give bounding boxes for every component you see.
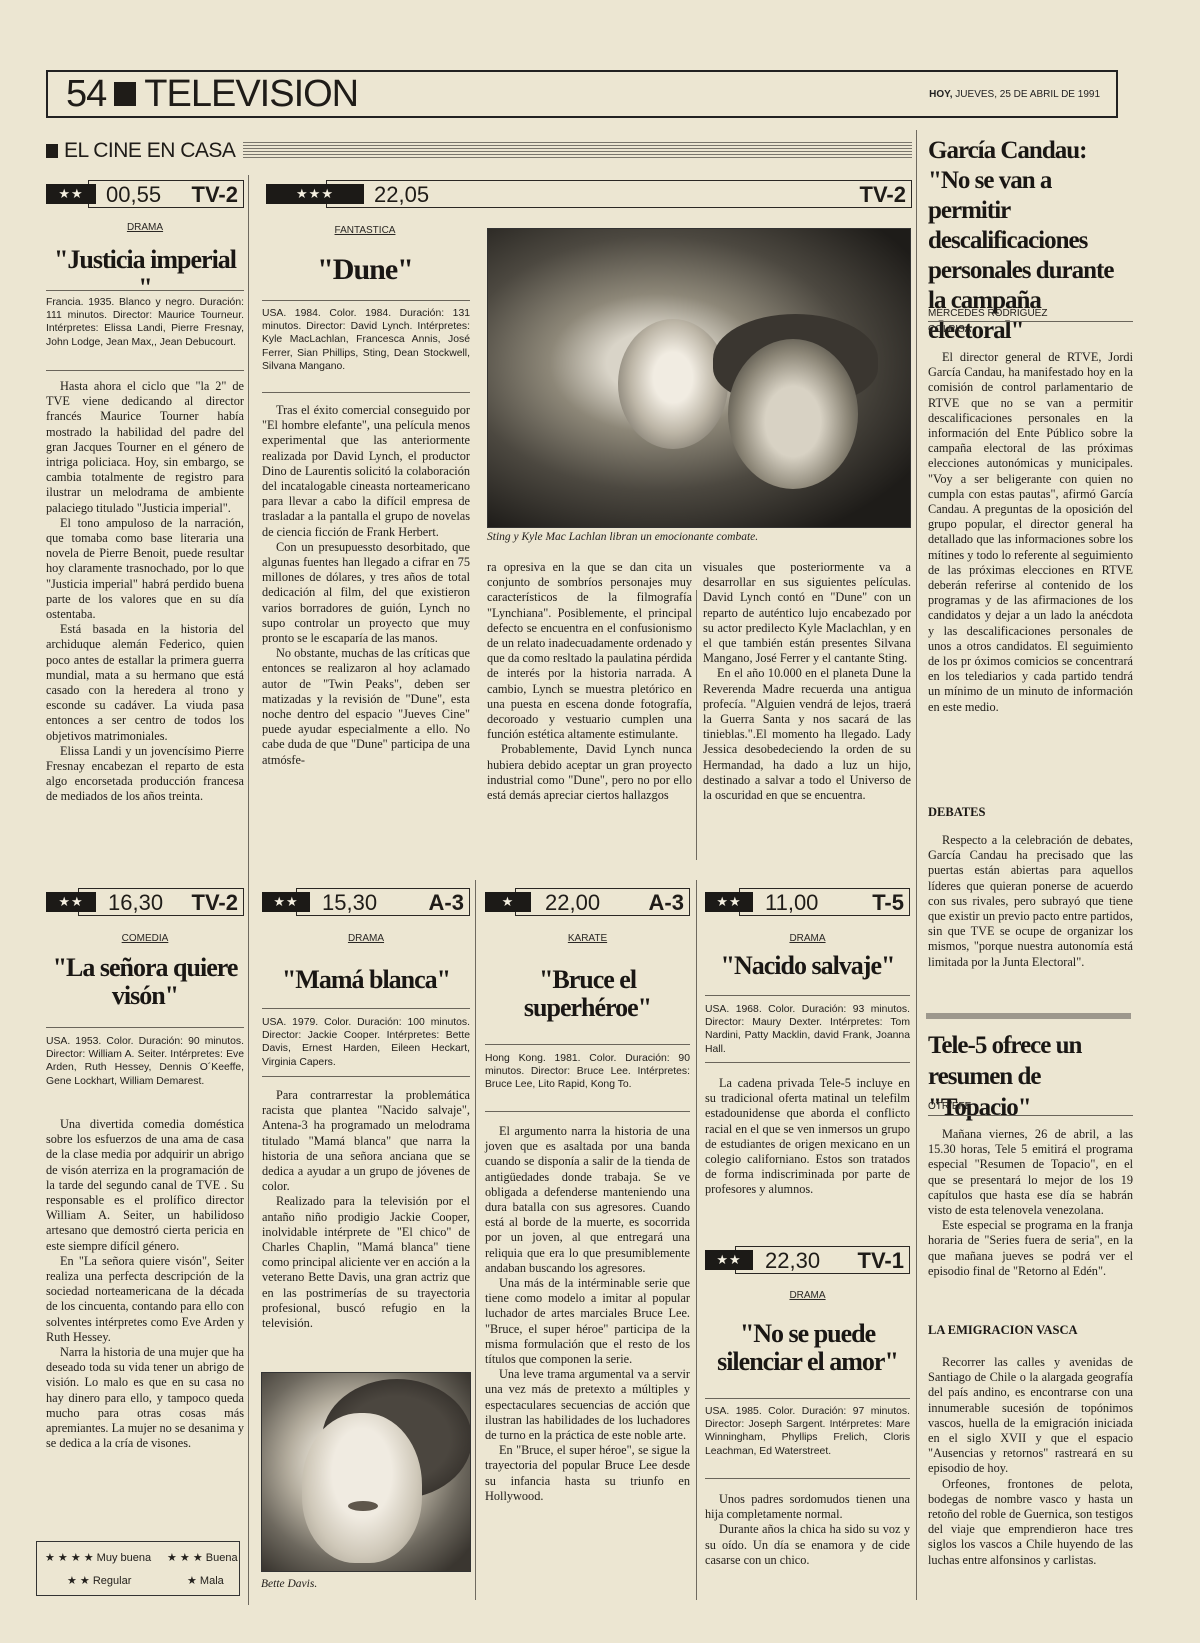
paragraph: El argumento narra la historia de una jo… xyxy=(485,1124,690,1276)
review-body-col1: Tras el éxito comercial conseguido por "… xyxy=(262,403,470,768)
paragraph: El director general de RTVE, Jordi Garcí… xyxy=(928,350,1133,715)
review-body: La cadena privada Tele-5 incluye en su t… xyxy=(705,1076,910,1198)
genre-label: KARATE xyxy=(485,933,690,944)
column-divider xyxy=(696,880,697,1600)
cine-en-casa-heading: EL CINE EN CASA xyxy=(46,138,912,164)
bette-davis-photo xyxy=(261,1372,471,1572)
film-title: "Mamá blanca" xyxy=(262,966,470,994)
paragraph: Respecto a la celebración de debates, Ga… xyxy=(928,833,1133,970)
time-box: ★★ 15,30 A-3 xyxy=(262,888,470,916)
channel-label: A-3 xyxy=(429,890,464,916)
paragraph: visuales que posteriormente va a desarro… xyxy=(703,560,911,666)
newspaper-page: 54 TELEVISION HOY, JUEVES, 25 DE ABRIL D… xyxy=(0,0,1200,1643)
broadcast-time: 22,05 xyxy=(374,182,429,208)
rating-stars-icon: ★ xyxy=(485,892,531,912)
film-title: "Nacido salvaje" xyxy=(705,952,910,980)
paragraph: Recorrer las calles y avenidas de Santia… xyxy=(928,1355,1133,1477)
legend-regular: ★ ★ Regular xyxy=(67,1574,131,1587)
article-body: El director general de RTVE, Jordi Garcí… xyxy=(928,350,1133,715)
paragraph: En el año 10.000 en el planeta Dune la R… xyxy=(703,666,911,803)
channel-label: A-3 xyxy=(649,890,684,916)
channel-label: T-5 xyxy=(872,890,904,916)
time-box: ★★ 16,30 TV-2 xyxy=(46,888,244,916)
rule xyxy=(928,1115,1133,1116)
time-box: ★★ 11,00 T-5 xyxy=(705,888,910,916)
photo-figure xyxy=(618,319,728,449)
rating-stars-icon: ★★ xyxy=(46,184,96,204)
square-bullet-icon xyxy=(46,144,58,158)
article-subhead: DEBATES xyxy=(928,805,985,820)
film-credits: Francia. 1935. Blanco y negro. Duración:… xyxy=(46,296,244,349)
film-title: "Dune" xyxy=(260,254,470,286)
page-number: 54 xyxy=(66,73,106,116)
paragraph: Probablemente, David Lynch nunca hubiera… xyxy=(487,742,692,803)
section-name: TELEVISION xyxy=(144,73,358,116)
rating-stars-icon: ★★ xyxy=(46,892,96,912)
film-title: "La señora quiere visón" xyxy=(46,954,244,1010)
genre-label: DRAMA xyxy=(705,933,910,944)
article-body: Recorrer las calles y avenidas de Santia… xyxy=(928,1355,1133,1568)
channel-label: TV-2 xyxy=(860,182,906,208)
review-body: El argumento narra la historia de una jo… xyxy=(485,1124,690,1504)
time-box: ★★ 22,30 TV-1 xyxy=(705,1246,910,1274)
rule xyxy=(485,1044,690,1045)
channel-label: TV-2 xyxy=(192,182,238,208)
rule xyxy=(705,1478,910,1479)
article-agency: COLPISA xyxy=(928,324,971,335)
paragraph: En "Bruce, el super héroe", se sigue la … xyxy=(485,1443,690,1504)
decorative-rules xyxy=(243,142,912,160)
paragraph: Realizado para la televisión por el anta… xyxy=(262,1194,470,1331)
article-body: Respecto a la celebración de debates, Ga… xyxy=(928,833,1133,970)
genre-label: COMEDIA xyxy=(46,933,244,944)
paragraph: ra opresiva en la que se dan cita un con… xyxy=(487,560,692,742)
section-heading-label: EL CINE EN CASA xyxy=(64,139,235,163)
paragraph: Está basada en la historia del archiduqu… xyxy=(46,622,244,744)
paragraph: La cadena privada Tele-5 incluye en su t… xyxy=(705,1076,910,1198)
rating-stars-icon: ★★ xyxy=(262,892,310,912)
rule xyxy=(262,392,470,393)
paragraph: Hasta ahora el ciclo que "la 2" de TVE v… xyxy=(46,379,244,516)
film-credits: USA. 1953. Color. Duración: 90 minutos. … xyxy=(46,1035,244,1088)
genre-label: DRAMA xyxy=(262,933,470,944)
rule xyxy=(46,1027,244,1028)
review-body-col3: visuales que posteriormente va a desarro… xyxy=(703,560,911,803)
column-divider xyxy=(696,590,697,860)
film-title: "Justicia imperial " xyxy=(46,246,244,302)
column-divider xyxy=(248,175,249,1605)
rating-stars-icon: ★★ xyxy=(705,1250,753,1270)
paragraph: El tono ampuloso de la narración, que to… xyxy=(46,516,244,622)
broadcast-time: 00,55 xyxy=(106,182,161,208)
photo-figure xyxy=(302,1413,422,1563)
paragraph: No obstante, muchas de las críticas que … xyxy=(262,646,470,768)
genre-label: FANTASTICA xyxy=(260,225,470,236)
paragraph: Una más de la intérminable serie que tie… xyxy=(485,1276,690,1367)
channel-label: TV-1 xyxy=(858,1248,904,1274)
page-header: 54 TELEVISION HOY, JUEVES, 25 DE ABRIL D… xyxy=(46,70,1118,118)
film-credits: USA. 1979. Color. Duración: 100 minutos.… xyxy=(262,1016,470,1069)
rating-stars-icon: ★★ xyxy=(705,892,753,912)
paragraph: En "La señora quiere visón", Seiter real… xyxy=(46,1254,244,1345)
section-title: 54 TELEVISION xyxy=(66,73,358,116)
rule xyxy=(705,1062,910,1063)
film-credits: USA. 1984. Color. 1984. Duración: 131 mi… xyxy=(262,307,470,373)
photo-caption: Bette Davis. xyxy=(261,1578,471,1590)
rating-legend: ★ ★ ★ ★ Muy buena ★ ★ ★ Buena ★ ★ Regula… xyxy=(36,1541,240,1596)
paragraph: Narra la historia de una mujer que ha de… xyxy=(46,1345,244,1451)
genre-label: DRAMA xyxy=(46,222,244,233)
paragraph: Tras el éxito comercial conseguido por "… xyxy=(262,403,470,540)
rule xyxy=(705,995,910,996)
broadcast-time: 22,30 xyxy=(765,1248,820,1274)
column-divider xyxy=(475,880,476,1600)
rating-stars-icon: ★★★ xyxy=(266,184,364,204)
article-body: Mañana viernes, 26 de abril, a las 15.30… xyxy=(928,1127,1133,1279)
rule xyxy=(46,370,244,371)
review-body: Hasta ahora el ciclo que "la 2" de TVE v… xyxy=(46,379,244,805)
broadcast-time: 22,00 xyxy=(545,890,600,916)
legend-good: ★ ★ ★ Buena xyxy=(167,1551,238,1564)
rule xyxy=(262,1008,470,1009)
review-body: Una divertida comedia doméstica sobre lo… xyxy=(46,1117,244,1451)
review-body-col2: ra opresiva en la que se dan cita un con… xyxy=(487,560,692,803)
photo-caption: Sting y Kyle Mac Lachlan libran un emoci… xyxy=(487,531,911,543)
square-bullet-icon xyxy=(114,82,136,106)
dune-photo xyxy=(487,228,911,528)
paragraph: Orfeones, frontones de pelota, bodegas d… xyxy=(928,1477,1133,1568)
rule xyxy=(928,321,1133,322)
article-agency: OTR/EFE xyxy=(928,1101,971,1112)
review-body: Para contrarrestar la problemática racis… xyxy=(262,1088,470,1331)
paragraph: Durante años la chica ha sido su voz y s… xyxy=(705,1522,910,1568)
channel-label: TV-2 xyxy=(192,890,238,916)
broadcast-time: 11,00 xyxy=(765,890,818,916)
paragraph: Con un presupuessto desorbitado, que alg… xyxy=(262,540,470,646)
dateline: HOY, JUEVES, 25 DE ABRIL DE 1991 xyxy=(929,89,1100,100)
time-box: ★★★ 22,05 TV-2 xyxy=(266,180,912,208)
article-author: MERCEDES RODRIGUEZ xyxy=(928,308,1047,319)
paragraph: Una leve trama argumental va a servir un… xyxy=(485,1367,690,1443)
film-title: "Bruce el superhéroe" xyxy=(485,966,690,1022)
paragraph: Para contrarrestar la problemática racis… xyxy=(262,1088,470,1194)
paper-name: HOY, xyxy=(929,89,952,100)
rule xyxy=(262,300,470,301)
issue-date: JUEVES, 25 DE ABRIL DE 1991 xyxy=(955,89,1100,100)
paragraph: Mañana viernes, 26 de abril, a las 15.30… xyxy=(928,1127,1133,1218)
paragraph: Unos padres sordomudos tienen una hija c… xyxy=(705,1492,910,1522)
broadcast-time: 16,30 xyxy=(108,890,163,916)
film-credits: Hong Kong. 1981. Color. Duración: 90 min… xyxy=(485,1052,690,1092)
photo-figure xyxy=(348,1501,378,1511)
paragraph: Este especial se programa en la franja h… xyxy=(928,1218,1133,1279)
genre-label: DRAMA xyxy=(705,1290,910,1301)
rule xyxy=(485,1111,690,1112)
photo-figure xyxy=(728,339,858,489)
rule xyxy=(262,1076,470,1077)
paragraph: Una divertida comedia doméstica sobre lo… xyxy=(46,1117,244,1254)
time-box: ★★ 00,55 TV-2 xyxy=(46,180,244,208)
rule xyxy=(46,290,244,291)
rule xyxy=(705,1398,910,1399)
film-credits: USA. 1968. Color. Duración: 93 minutos. … xyxy=(705,1003,910,1056)
time-box: ★ 22,00 A-3 xyxy=(485,888,690,916)
legend-very-good: ★ ★ ★ ★ Muy buena xyxy=(45,1551,151,1564)
review-body: Unos padres sordomudos tienen una hija c… xyxy=(705,1492,910,1568)
article-subhead: LA EMIGRACION VASCA xyxy=(928,1323,1078,1338)
paragraph: Elissa Landi y un jovencísimo Pierre Fre… xyxy=(46,744,244,805)
legend-bad: ★ Mala xyxy=(187,1574,224,1587)
film-credits: USA. 1985. Color. Duración: 97 minutos. … xyxy=(705,1405,910,1458)
film-title: "No se puede silenciar el amor" xyxy=(705,1320,910,1376)
separator-bar xyxy=(926,1013,1131,1019)
column-divider xyxy=(916,130,917,1600)
broadcast-time: 15,30 xyxy=(322,890,377,916)
